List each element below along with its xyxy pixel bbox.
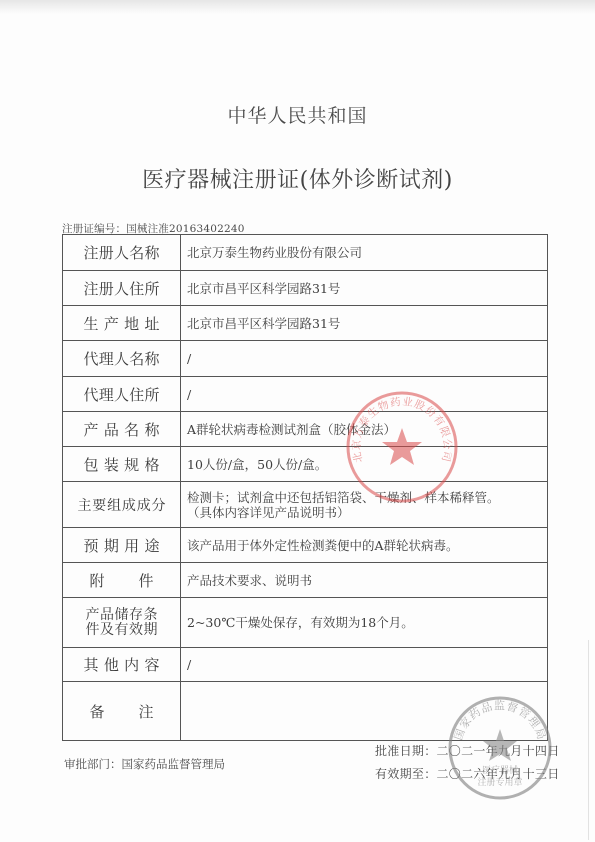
row-value: 2~30℃干燥处保存，有效期为18个月。 bbox=[181, 598, 548, 648]
row-value-line: 检测卡；试剂盒中还包括铝箔袋、干燥剂、样本稀释管。 bbox=[187, 490, 547, 505]
table-row: 包装规格 10人份/盒，50人份/盒。 bbox=[63, 447, 548, 482]
table-row: 产品名称 A群轮状病毒检测试剂盒（胶体金法） bbox=[63, 412, 548, 447]
row-label: 产品名称 bbox=[84, 419, 160, 440]
row-value: 北京万泰生物药业股份有限公司 bbox=[181, 235, 548, 271]
row-label: 注册人名称 bbox=[84, 242, 160, 263]
row-label-line: 件及有效期 bbox=[86, 623, 158, 638]
row-label: 主要组成成分 bbox=[78, 495, 166, 515]
row-value: 产品技术要求、说明书 bbox=[181, 563, 548, 598]
row-label: 附件 bbox=[90, 570, 154, 591]
approval-date: 批准日期：二〇二一年九月十四日 bbox=[375, 742, 560, 759]
table-row: 预期用途 该产品用于体外定性检测粪便中的A群轮状病毒。 bbox=[63, 528, 548, 563]
row-value bbox=[181, 682, 548, 741]
row-label: 注册人住所 bbox=[84, 278, 160, 299]
certificate-title: 医疗器械注册证(体外诊断试剂) bbox=[0, 163, 595, 194]
row-value: 检测卡；试剂盒中还包括铝箔袋、干燥剂、样本稀释管。 （具体内容详见产品说明书） bbox=[181, 482, 548, 528]
row-value-line: （具体内容详见产品说明书） bbox=[187, 505, 547, 520]
country-title: 中华人民共和国 bbox=[0, 101, 595, 128]
table-row: 注册人名称 北京万泰生物药业股份有限公司 bbox=[63, 235, 548, 271]
row-label: 预期用途 bbox=[84, 535, 160, 556]
table-row: 生产地址 北京市昌平区科学园路31号 bbox=[63, 306, 548, 341]
table-row: 产品储存条 件及有效期 2~30℃干燥处保存，有效期为18个月。 bbox=[63, 598, 548, 648]
row-value: 北京市昌平区科学园路31号 bbox=[181, 271, 548, 306]
scan-edge bbox=[0, 0, 595, 14]
row-value: 北京市昌平区科学园路31号 bbox=[181, 306, 548, 341]
valid-until-date: 有效期至：二〇二六年九月十三日 bbox=[375, 765, 560, 782]
table-row: 附件 产品技术要求、说明书 bbox=[63, 563, 548, 598]
table-row: 注册人住所 北京市昌平区科学园路31号 bbox=[63, 271, 548, 306]
row-label: 生产地址 bbox=[84, 313, 160, 334]
row-value: / bbox=[181, 377, 548, 412]
row-value: 10人份/盒，50人份/盒。 bbox=[181, 447, 548, 482]
row-label: 包装规格 bbox=[84, 454, 160, 475]
table-row: 主要组成成分 检测卡；试剂盒中还包括铝箔袋、干燥剂、样本稀释管。 （具体内容详见… bbox=[63, 482, 548, 528]
row-value: A群轮状病毒检测试剂盒（胶体金法） bbox=[181, 412, 548, 447]
table-row: 其他内容 / bbox=[63, 648, 548, 682]
row-label: 备注 bbox=[90, 701, 154, 722]
row-label: 代理人住所 bbox=[84, 384, 160, 405]
table-row: 备注 bbox=[63, 682, 548, 741]
row-value: / bbox=[181, 648, 548, 682]
row-value: / bbox=[181, 341, 548, 377]
row-value: 该产品用于体外定性检测粪便中的A群轮状病毒。 bbox=[181, 528, 548, 563]
row-label: 产品储存条 件及有效期 bbox=[86, 608, 158, 638]
table-row: 代理人住所 / bbox=[63, 377, 548, 412]
row-label: 其他内容 bbox=[84, 654, 160, 675]
row-label: 代理人名称 bbox=[84, 348, 160, 369]
row-label-line: 产品储存条 bbox=[86, 608, 158, 623]
scan-edge-right bbox=[588, 640, 589, 840]
approval-department: 审批部门：国家药品监督管理局 bbox=[64, 756, 225, 772]
table-row: 代理人名称 / bbox=[63, 341, 548, 377]
certificate-table: 注册人名称 北京万泰生物药业股份有限公司 注册人住所 北京市昌平区科学园路31号… bbox=[62, 234, 548, 741]
